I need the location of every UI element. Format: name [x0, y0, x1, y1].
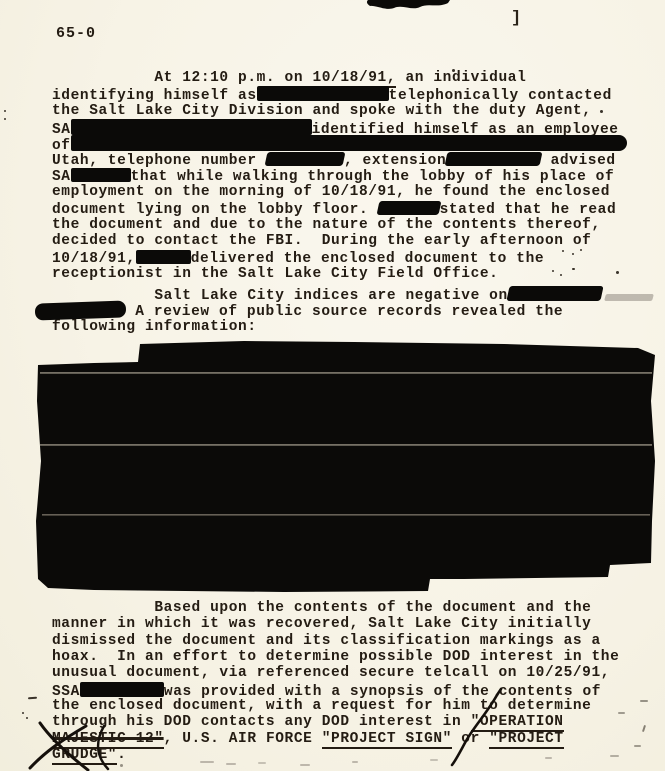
- text-run: that while walking through the lobby of …: [131, 169, 615, 185]
- scan-noise: [4, 110, 6, 112]
- scan-noise: [572, 253, 574, 255]
- text-run: , extension: [344, 153, 446, 169]
- redaction-bar: [71, 168, 131, 182]
- scan-noise: [580, 249, 582, 251]
- handwritten-x-annotation: [0, 680, 140, 771]
- scan-noise: [616, 271, 619, 274]
- scan-noise: [258, 762, 266, 764]
- text-run: , U.S. AIR FORCE: [164, 731, 322, 747]
- scan-noise: [600, 110, 603, 113]
- pen-slash-annotation: [430, 685, 520, 771]
- scan-noise: [572, 268, 575, 270]
- scan-noise: [618, 712, 625, 714]
- text-run: following information:: [52, 319, 257, 335]
- redaction-bar: [506, 286, 603, 301]
- text-run: decided to contact the FBI. During the e…: [52, 233, 591, 249]
- scan-noise: [200, 761, 214, 763]
- text-run: advised: [541, 153, 615, 169]
- text-run: stated that he read: [440, 202, 617, 218]
- text-run: unusual document, via referenced secure …: [52, 665, 610, 681]
- scan-noise: [226, 763, 236, 765]
- paragraph-2: Salt Lake City indices are negative on A…: [52, 286, 602, 335]
- redaction-bar: [376, 201, 441, 215]
- text-run: the document and due to the nature of th…: [52, 217, 601, 233]
- text-run: receptionist in the Salt Lake City Field…: [52, 266, 498, 282]
- scan-noise: [352, 761, 358, 763]
- text-run: delivered the enclosed document to the: [191, 251, 544, 267]
- scan-noise: [640, 700, 648, 702]
- redaction-bar: [136, 250, 191, 264]
- scan-noise: [562, 250, 564, 252]
- scan-noise: [634, 745, 641, 747]
- text-run: employment on the morning of 10/18/91, h…: [52, 184, 610, 200]
- underlined-text: on 10/18/91,: [285, 70, 397, 88]
- case-number-label: 65-0: [56, 25, 96, 42]
- scan-noise: [4, 118, 6, 120]
- underlined-text: Salt Lake City Division: [89, 103, 303, 121]
- text-run: and spoke with the duty Agent,: [303, 103, 591, 119]
- redaction-bar: [257, 86, 389, 101]
- scan-streak: [604, 294, 654, 301]
- text-run: document lying on the lobby floor.: [52, 202, 378, 218]
- top-edge-smudge: [358, 0, 458, 14]
- large-redaction-block: [34, 341, 658, 595]
- text-run: an individual: [396, 70, 526, 86]
- text-run: Utah, telephone number: [52, 153, 266, 169]
- scan-noise: [22, 712, 24, 714]
- scan-noise: [300, 764, 310, 766]
- text-run: dismissed the document and its classific…: [52, 633, 601, 649]
- scan-noise: [430, 759, 438, 761]
- text-run: the: [52, 103, 89, 119]
- text-run: 10/18/91,: [52, 251, 136, 267]
- scan-noise: [452, 69, 455, 72]
- paragraph-1: At 12:10 p.m. on 10/18/91, an individual…: [52, 70, 627, 282]
- scan-noise: [26, 717, 28, 719]
- scan-noise: [545, 757, 552, 759]
- text-run: At 12:10 p.m.: [52, 70, 285, 86]
- scan-noise: [560, 274, 562, 276]
- scan-noise: [120, 764, 123, 767]
- margin-bracket-mark: ]: [511, 9, 521, 28]
- text-run: Based upon the contents of the document …: [52, 600, 591, 616]
- redaction-bar: [71, 135, 627, 151]
- text-run: hoax. In an effort to determine possible…: [52, 649, 619, 665]
- scan-noise: [552, 270, 554, 272]
- scan-noise: [610, 755, 619, 757]
- redaction-bar: [445, 152, 543, 166]
- text-run: SA: [52, 169, 71, 185]
- redaction-bar: [264, 152, 345, 166]
- text-run: manner in which it was recovered, Salt L…: [52, 616, 591, 632]
- redaction-bar: [71, 119, 312, 135]
- scan-noise: [642, 725, 646, 732]
- document-page: ] 65-0 At 12:10 p.m. on 10/18/91, an ind…: [0, 0, 665, 771]
